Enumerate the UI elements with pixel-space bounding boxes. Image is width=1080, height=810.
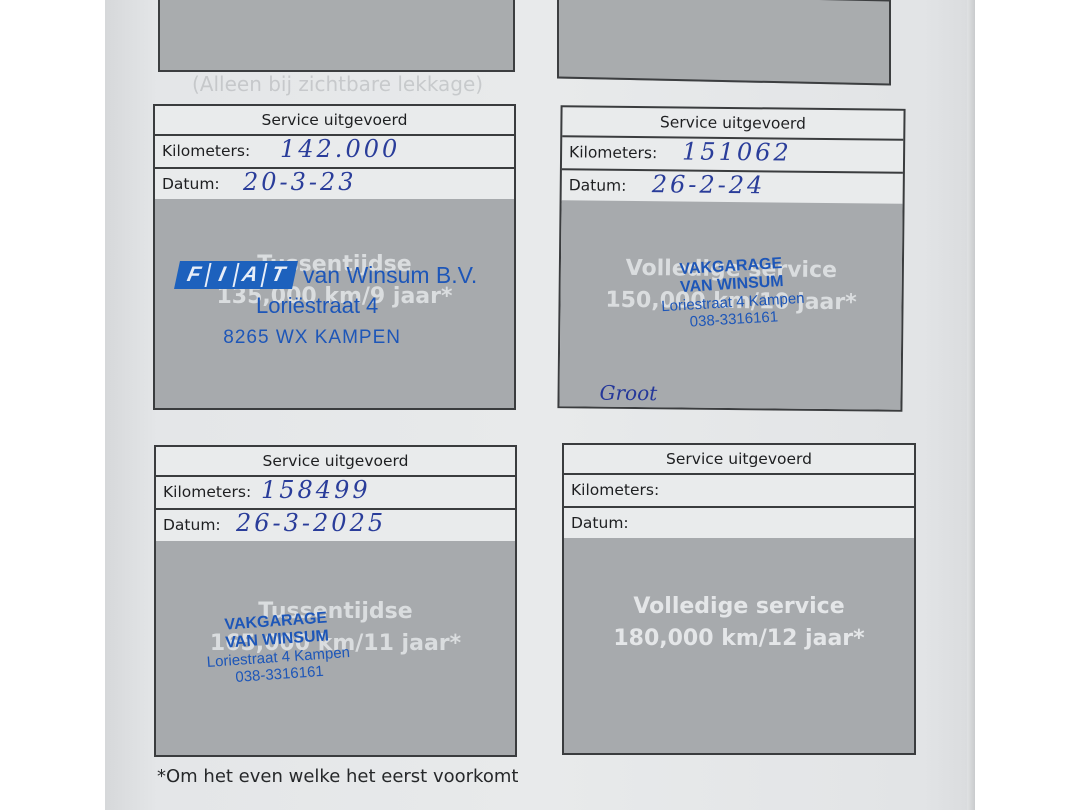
kilometers-value: 158499: [261, 475, 371, 506]
datum-value: 26-2-24: [652, 169, 766, 201]
signature: Groot: [599, 381, 657, 406]
dealer-stamp: VAKGARAGE VAN WINSUM Loriestraat 4 Kampe…: [204, 608, 352, 688]
service-type-line1: Volledige service: [564, 591, 914, 622]
service-type-line2: 180,000 km/12 jaar*: [564, 623, 914, 654]
card-header: Service uitgevoerd: [155, 106, 514, 136]
previous-service-box-left: [158, 0, 515, 72]
kilometers-label: Kilometers:: [163, 477, 251, 508]
kilometers-row: Kilometers: 158499: [156, 477, 515, 510]
service-type-box: Tussentijdse 165,000 km/11 jaar* VAKGARA…: [156, 541, 515, 755]
service-card-2: Service uitgevoerd Kilometers: 151062 Da…: [557, 105, 905, 412]
stamp-line-2: Loriëstraat 4: [157, 293, 477, 319]
dealer-stamp: F I A T van Winsum B.V. Loriëstraat 4 82…: [177, 261, 477, 345]
page-edge: [967, 0, 975, 810]
datum-label: Datum:: [163, 510, 221, 541]
kilometers-value: 142.000: [280, 134, 400, 165]
kilometers-value: 151062: [682, 136, 792, 168]
service-card-1: Service uitgevoerd Kilometers: 142.000 D…: [153, 104, 516, 410]
service-card-4: Service uitgevoerd Kilometers: Datum: Vo…: [562, 443, 916, 755]
dealer-stamp: VAKGARAGE VAN WINSUM Loriestraat 4 Kampe…: [659, 254, 806, 332]
kilometers-row[interactable]: Kilometers:: [564, 475, 914, 508]
stamp-line-3: 8265 WX KAMPEN: [147, 327, 477, 345]
kilometers-label: Kilometers:: [571, 475, 659, 506]
datum-row: Datum: 26-3-2025: [156, 510, 515, 543]
card-header: Service uitgevoerd: [564, 445, 914, 475]
card-header: Service uitgevoerd: [562, 107, 903, 141]
previous-service-box-right: [557, 0, 891, 85]
kilometers-label: Kilometers:: [569, 137, 658, 169]
bleed-through-note: (Alleen bij zichtbare lekkage): [192, 72, 483, 96]
kilometers-row: Kilometers: 142.000: [155, 136, 514, 169]
datum-label: Datum:: [569, 170, 627, 202]
service-card-3: Service uitgevoerd Kilometers: 158499 Da…: [154, 445, 517, 757]
kilometers-label: Kilometers:: [162, 136, 250, 167]
datum-row[interactable]: Datum:: [564, 508, 914, 541]
card-header: Service uitgevoerd: [156, 447, 515, 477]
datum-value: 26-3-2025: [236, 508, 386, 539]
service-type-box: Volledige service 150,000 km/10 jaar* VA…: [559, 200, 902, 410]
service-type-box: Volledige service 180,000 km/12 jaar*: [564, 538, 914, 753]
datum-label: Datum:: [571, 508, 629, 539]
stamp-line-1: van Winsum B.V.: [303, 262, 477, 289]
service-type-box: Tussentijdse 135,000 km/9 jaar* F I A T …: [155, 199, 514, 408]
datum-value: 20-3-23: [243, 167, 357, 198]
kilometers-row: Kilometers: 151062: [562, 137, 903, 174]
footnote: *Om het even welke het eerst voorkomt: [157, 766, 518, 787]
datum-row: Datum: 20-3-23: [155, 169, 514, 202]
fiat-logo: F I A T: [174, 261, 298, 289]
datum-label: Datum:: [162, 169, 220, 200]
